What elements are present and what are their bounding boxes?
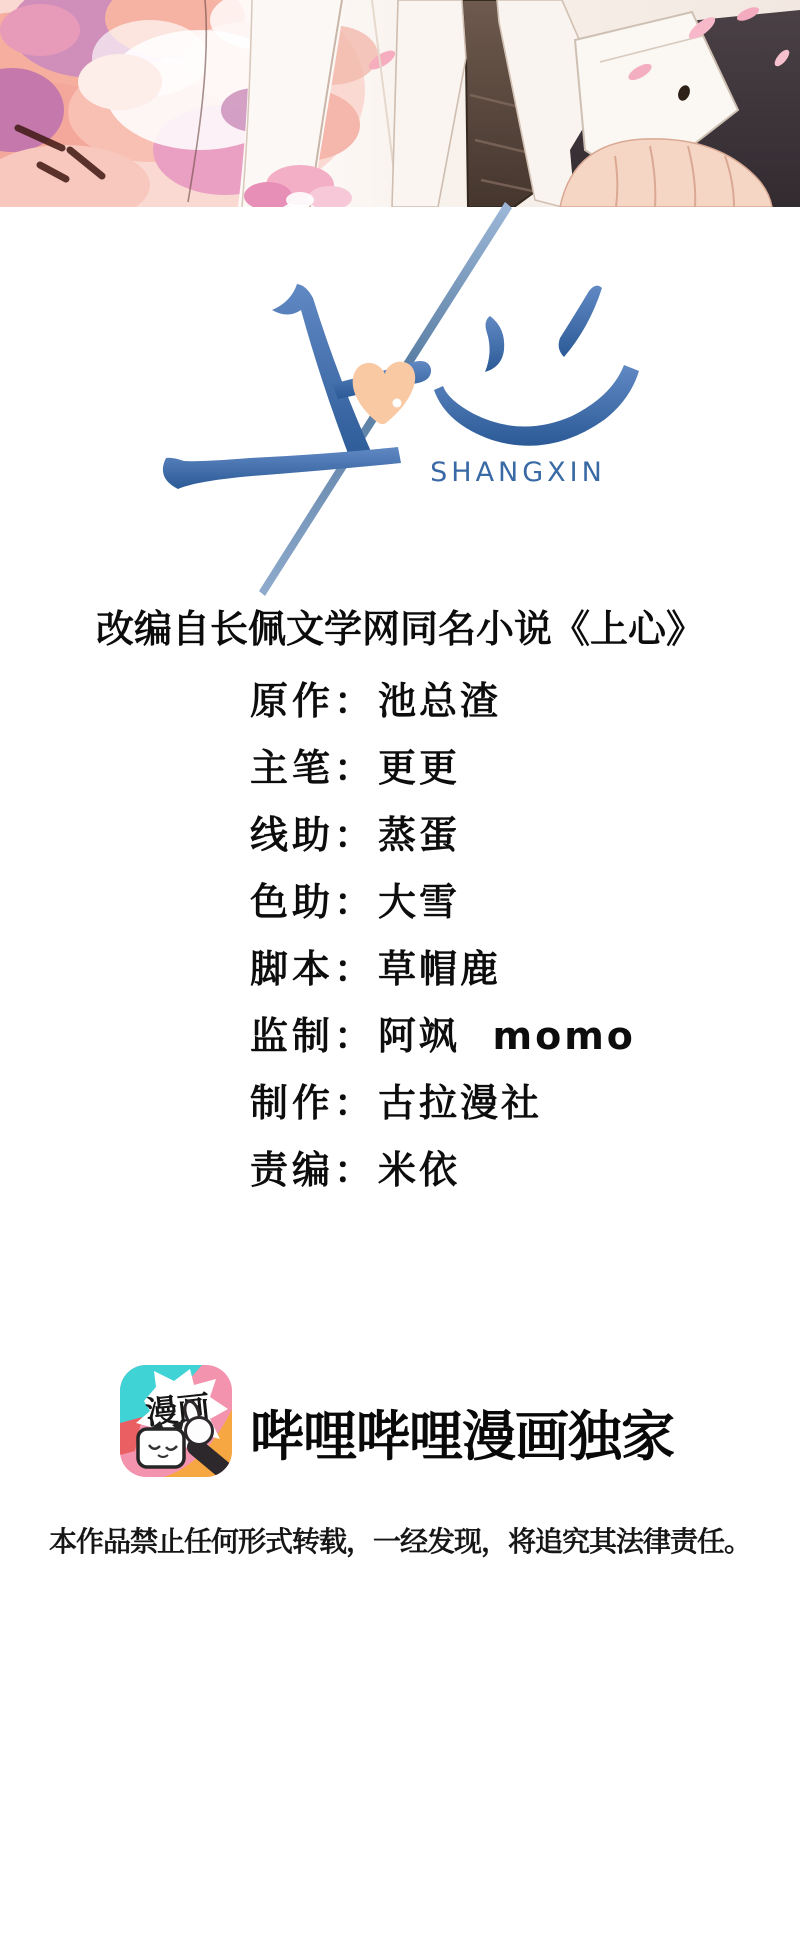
credit-row-supervisor: 监制：阿飒 momo	[250, 1003, 770, 1070]
credit-colon: ：	[334, 1014, 372, 1058]
credit-colon: ：	[334, 880, 372, 924]
title-romaji: SHANGXIN	[430, 457, 606, 488]
credit-value: 古拉漫社	[378, 1081, 542, 1125]
credit-label: 制作	[250, 1081, 334, 1125]
credit-row-production: 制作：古拉漫社	[250, 1070, 770, 1137]
credit-row-color-assistant: 色助：大雪	[250, 869, 770, 936]
credit-colon: ：	[334, 1148, 372, 1192]
credit-colon: ：	[334, 813, 372, 857]
credit-row-lead-artist: 主笔：更更	[250, 735, 770, 802]
credit-label: 监制	[250, 1014, 334, 1058]
credit-value: 阿飒 momo	[378, 1014, 636, 1058]
credit-label: 原作	[250, 679, 334, 723]
credit-value: 大雪	[378, 880, 460, 924]
credit-label: 脚本	[250, 947, 334, 991]
cover-illustration-art	[0, 0, 800, 207]
credit-label: 主笔	[250, 746, 334, 790]
tv-face	[138, 1429, 184, 1467]
credit-label: 线助	[250, 813, 334, 857]
mitten-hand	[186, 1418, 213, 1445]
comic-credits-page: SHANGXIN 改编自长佩文学网同名小说《上心》 原作：池总渣 主笔：更更 线…	[0, 0, 800, 1945]
credit-value: 草帽鹿	[378, 947, 501, 991]
credit-row-line-assistant: 线助：蒸蛋	[250, 802, 770, 869]
credit-colon: ：	[334, 746, 372, 790]
glyph-xin	[434, 286, 639, 446]
credit-row-original-author: 原作：池总渣	[250, 668, 770, 735]
credit-value: 蒸蛋	[378, 813, 460, 857]
credit-value: 池总渣	[378, 679, 501, 723]
credit-label: 色助	[250, 880, 334, 924]
figure-dark-sleeve	[560, 4, 800, 207]
credit-colon: ：	[334, 679, 372, 723]
credit-label: 责编	[250, 1148, 334, 1192]
credit-value: 米依	[378, 1148, 460, 1192]
adaptation-note: 改编自长佩文学网同名小说《上心》	[0, 598, 800, 653]
platform-exclusive-text: 哔哩哔哩漫画独家	[250, 1394, 674, 1471]
cover-illustration	[0, 0, 800, 207]
platform-row: 漫画 哔哩哔哩漫画独家	[120, 1363, 780, 1479]
credits-list: 原作：池总渣 主笔：更更 线助：蒸蛋 色助：大雪 脚本：草帽鹿 监制：阿飒 mo…	[250, 668, 770, 1204]
figure-white-jacket	[238, 0, 602, 207]
credit-colon: ：	[334, 947, 372, 991]
credit-value: 更更	[378, 746, 460, 790]
credit-row-script: 脚本：草帽鹿	[250, 936, 770, 1003]
credit-row-editor: 责编：米依	[250, 1137, 770, 1204]
bilibili-manga-app-icon: 漫画	[120, 1365, 232, 1477]
credit-colon: ：	[334, 1081, 372, 1125]
disclaimer-text: 本作品禁止任何形式转载，一经发现，将追究其法律责任。	[0, 1520, 800, 1560]
